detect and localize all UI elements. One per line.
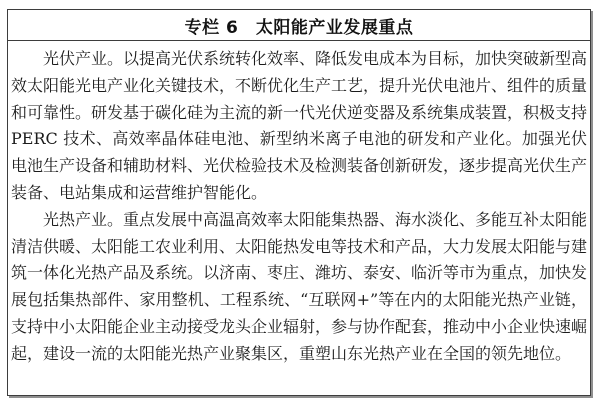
feature-box-title-row: 专栏 6 太阳能产业发展重点	[8, 10, 590, 41]
feature-box-solar-industry: 专栏 6 太阳能产业发展重点 光伏产业。以提高光伏系统转化效率、降低发电成本为目…	[7, 9, 591, 396]
paragraph-photovoltaic-industry: 光伏产业。以提高光伏系统转化效率、降低发电成本为目标，加快突破新型高效太阳能光电…	[11, 46, 587, 207]
feature-box-title: 专栏 6 太阳能产业发展重点	[185, 13, 414, 38]
feature-box-body: 光伏产业。以提高光伏系统转化效率、降低发电成本为目标，加快突破新型高效太阳能光电…	[8, 41, 590, 395]
document-page: 专栏 6 太阳能产业发展重点 光伏产业。以提高光伏系统转化效率、降低发电成本为目…	[0, 0, 598, 402]
paragraph-solar-thermal-industry: 光热产业。重点发展中高温高效率太阳能集热器、海水淡化、多能互补太阳能清洁供暖、太…	[11, 207, 587, 368]
